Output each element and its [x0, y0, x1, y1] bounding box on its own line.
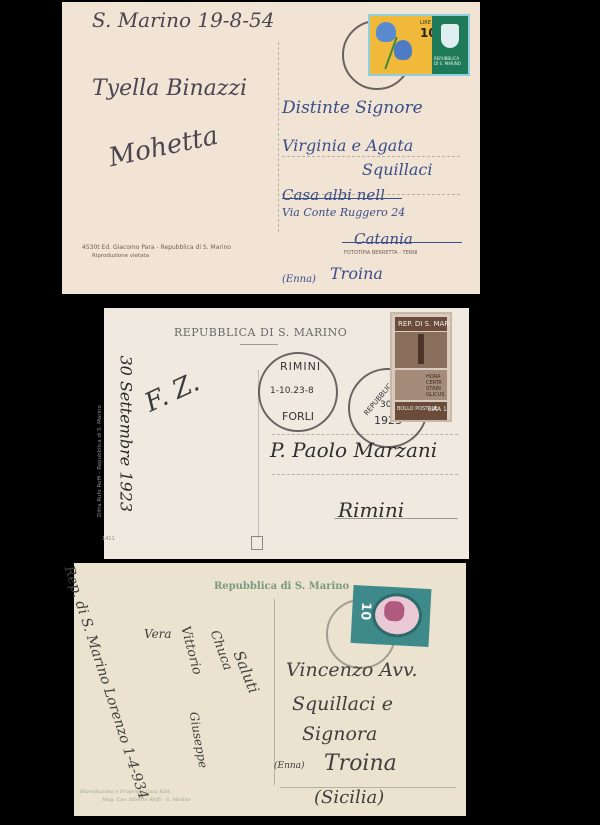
signature: Mohetta: [106, 121, 221, 173]
signature: Giuseppe: [187, 711, 211, 769]
divider: [278, 42, 279, 232]
strike-through: [282, 198, 402, 199]
strike-through: [342, 242, 462, 243]
address-name: P. Paolo Marzani: [270, 438, 437, 462]
header-rule: [240, 344, 278, 345]
address-line: [272, 474, 458, 475]
divider: [274, 599, 275, 785]
signature: Saluti: [230, 648, 263, 696]
publisher-line: Riproduzione e Proprietà Casa Edit.: [80, 789, 171, 795]
stamp-iris: LIRE 10 REPUBBLICADI S. MARINO: [368, 14, 470, 76]
address-province: (Enna): [274, 761, 305, 771]
signature: Chuca: [207, 628, 235, 672]
publisher-line: 4530t Ed. Giacomo Para - Repubblica di S…: [82, 244, 231, 251]
address-line: [282, 156, 460, 157]
printer-mark: [251, 536, 263, 550]
stamp-value-10: 10: [351, 585, 432, 647]
postcard-2: REPUBBLICA DI S. MARINO 30 Settembre 192…: [104, 308, 469, 559]
address-city: Rimini: [338, 498, 404, 522]
printer-line: FOTOTIPIA BERRETTA - TERNI: [344, 250, 417, 256]
publisher-line: Ditta Rufo Reffi - Repubblica di S. Mari…: [97, 405, 103, 517]
date-line: S. Marino 19-8-54: [92, 8, 274, 32]
address-line-1: Virginia e Agata: [282, 136, 413, 155]
card-header: REPUBBLICA DI S. MARINO: [174, 326, 347, 339]
date-line: 30 Settembre 1923: [117, 356, 136, 516]
address-city: Troina: [324, 751, 397, 776]
address-street: Via Conte Ruggero 24: [282, 206, 405, 219]
address-city-crossed: Catania: [354, 230, 413, 248]
address-salutation: Distinte Signore: [282, 98, 423, 118]
signature: Vittorio: [177, 625, 204, 677]
address-line-1: Vincenzo Avv.: [286, 659, 418, 681]
publisher-subline: Riproduzione vietata: [92, 253, 149, 259]
publisher-subline: Mag. Cav. Alberto Reffi - S. Marino: [102, 797, 191, 803]
stamp-liberty: REP. DI S. MARINO HORA CERTA STRIN GLICU…: [390, 312, 452, 422]
initials: F. Z.: [140, 367, 204, 418]
address-city: Troina: [330, 264, 383, 283]
address-line-3: Signora: [302, 723, 377, 745]
signature: Vera: [144, 627, 172, 641]
address-street-crossed: Casa albi nell: [282, 186, 385, 204]
address-line-2: Squillaci: [362, 160, 432, 179]
postcard-1: S. Marino 19-8-54 Tyella Binazzi Mohetta…: [62, 2, 480, 294]
postcard-3: Repubblica di S. Marino Rep. di S. Marin…: [74, 563, 466, 816]
card-code: 1411: [102, 536, 115, 542]
postmark-rimini: RIMINI 1-10.23-8 FORLI: [258, 352, 338, 432]
date-line: Rep. di S. Marino Lorenzo 1-4-934: [60, 564, 143, 778]
address-province: (Enna): [282, 274, 316, 285]
signature: Tyella Binazzi: [92, 76, 247, 101]
address-region: (Sicilia): [314, 787, 384, 808]
card-header: Repubblica di S. Marino: [214, 581, 349, 592]
address-line-2: Squillaci e: [292, 693, 393, 715]
